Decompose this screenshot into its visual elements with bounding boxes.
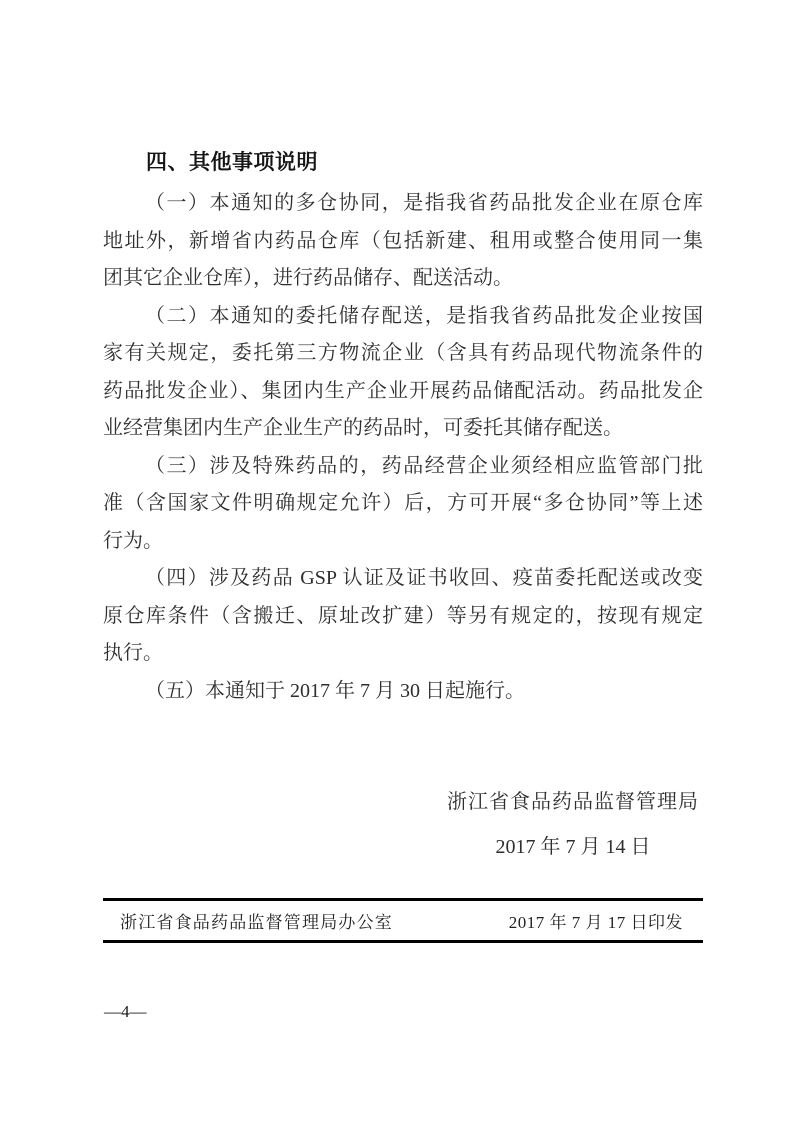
paragraph-line: （四）涉及药品 GSP 认证及证书收回、疫苗委托配送或改变 — [103, 560, 703, 598]
colophon-issuer: 浙江省食品药品监督管理局办公室 — [120, 908, 393, 933]
paragraph-line: 原仓库条件（含搬迁、原址改扩建）等另有规定的，按现有规定 — [103, 598, 703, 636]
section-heading: 四、其他事项说明 — [146, 148, 318, 178]
page-number: —4— — [104, 1000, 147, 1024]
paragraph-line: 家有关规定，委托第三方物流企业（含具有药品现代物流条件的 — [103, 335, 703, 373]
paragraph-line: （三）涉及特殊药品的，药品经营企业须经相应监管部门批 — [103, 448, 703, 486]
paragraph-2: （二）本通知的委托储存配送，是指我省药品批发企业按国 家有关规定，委托第三方物流… — [103, 298, 703, 448]
colophon-bar: 浙江省食品药品监督管理局办公室 2017 年 7 月 17 日印发 — [103, 898, 703, 943]
paragraph-line: （二）本通知的委托储存配送，是指我省药品批发企业按国 — [103, 298, 703, 336]
paragraph-line: 业经营集团内生产企业生产的药品时，可委托其储存配送。 — [103, 410, 703, 448]
paragraph-line: 行为。 — [103, 523, 703, 561]
paragraph-line: 执行。 — [103, 635, 703, 673]
paragraph-4: （四）涉及药品 GSP 认证及证书收回、疫苗委托配送或改变 原仓库条件（含搬迁、… — [103, 560, 703, 673]
paragraph-line: （五）本通知于 2017 年 7 月 30 日起施行。 — [103, 673, 703, 711]
signature-block: 浙江省食品药品监督管理局 2017 年 7 月 14 日 — [103, 783, 703, 866]
colophon-print-date: 2017 年 7 月 17 日印发 — [509, 908, 683, 933]
document-body: （一）本通知的多仓协同，是指我省药品批发企业在原仓库 地址外，新增省内药品仓库（… — [103, 185, 703, 710]
signature-inner: 浙江省食品药品监督管理局 2017 年 7 月 14 日 — [447, 783, 703, 866]
paragraph-line: 团其它企业仓库），进行药品储存、配送活动。 — [103, 260, 703, 298]
paragraph-5: （五）本通知于 2017 年 7 月 30 日起施行。 — [103, 673, 703, 711]
paragraph-line: 准（含国家文件明确规定允许）后，方可开展“多仓协同”等上述 — [103, 485, 703, 523]
document-page: 四、其他事项说明 （一）本通知的多仓协同，是指我省药品批发企业在原仓库 地址外，… — [0, 0, 794, 1123]
paragraph-line: 地址外，新增省内药品仓库（包括新建、租用或整合使用同一集 — [103, 223, 703, 261]
paragraph-3: （三）涉及特殊药品的，药品经营企业须经相应监管部门批 准（含国家文件明确规定允许… — [103, 448, 703, 561]
paragraph-1: （一）本通知的多仓协同，是指我省药品批发企业在原仓库 地址外，新增省内药品仓库（… — [103, 185, 703, 298]
paragraph-line: （一）本通知的多仓协同，是指我省药品批发企业在原仓库 — [103, 185, 703, 223]
paragraph-line: 药品批发企业）、集团内生产企业开展药品储配活动。药品批发企 — [103, 373, 703, 411]
signature-date: 2017 年 7 月 14 日 — [447, 828, 699, 866]
signature-organization: 浙江省食品药品监督管理局 — [447, 783, 699, 821]
